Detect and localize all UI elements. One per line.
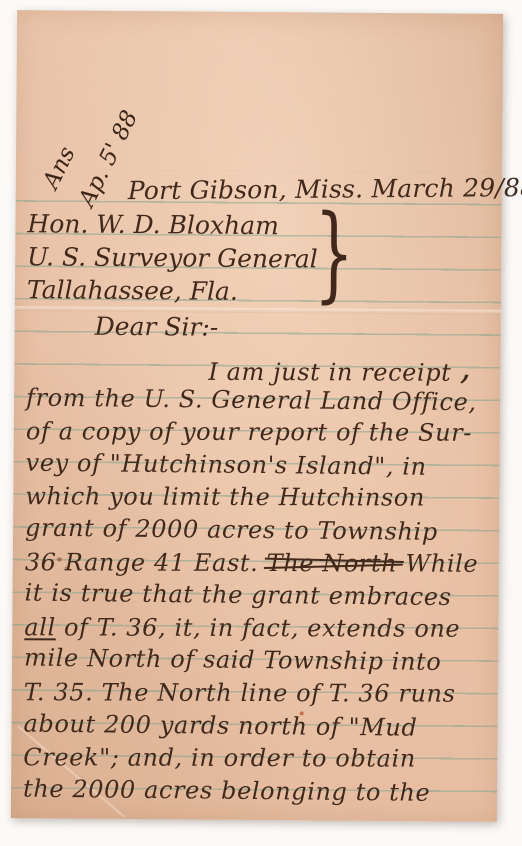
- letter-text-segment: vey of "Hutchinson's Island", in: [25, 448, 426, 480]
- letter-text-segment: of a copy of your report of the Sur-: [26, 417, 472, 447]
- letter-text-segment: The North: [267, 547, 398, 580]
- letter-line: grant of 2000 acres to Township: [25, 512, 497, 550]
- letter-text-segment: the 2000 acres belonging to the: [23, 774, 431, 806]
- letter-text-segment: 36 Range 41 East.: [25, 548, 267, 577]
- address-brace: }: [314, 200, 355, 304]
- letter-line: Creek"; and, in order to obtain: [23, 741, 495, 775]
- letter-page: Ans Ap. 5' 88 Port Gibson, Miss. March 2…: [11, 10, 503, 822]
- letter-line: from the U. S. General Land Office,: [26, 381, 498, 419]
- letter-line: mile North of said Township into: [24, 642, 496, 680]
- letter-text-segment: T. 35. The North line of T. 36 runs: [24, 678, 456, 708]
- letter-line: which you limit the Hutchinson: [25, 481, 497, 515]
- letter-text-segment: all: [24, 613, 56, 641]
- address-line-city: Tallahassee, Fla.: [27, 273, 318, 308]
- letter-text-segment: grant of 2000 acres to Township: [25, 514, 438, 546]
- address-line-title: U. S. Surveyor General: [27, 240, 318, 275]
- letter-text-segment: ,: [460, 350, 472, 386]
- letter-line: 36 Range 41 East. The North While: [25, 546, 497, 580]
- letter-line: vey of "Hutchinson's Island", in: [25, 446, 497, 484]
- letter-body: I am just in receipt ,from the U. S. Gen…: [23, 349, 499, 809]
- letter-line: it is true that the grant embraces: [24, 577, 496, 615]
- letter-line: T. 35. The North line of T. 36 runs: [24, 676, 496, 710]
- letter-text-segment: it is true that the grant embraces: [24, 579, 451, 611]
- letter-line: the 2000 acres belonging to the: [23, 772, 495, 810]
- letter-text-segment: mile North of said Township into: [24, 644, 442, 676]
- letter-text-segment: While: [397, 549, 478, 577]
- letter-text-segment: I am just in receipt: [208, 358, 459, 387]
- letter-line: about 200 yards north of "Mud: [23, 707, 495, 745]
- letter-line: all of T. 36, it, in fact, extends one: [24, 611, 496, 645]
- letter-text-segment: of T. 36, it, in fact, extends one: [56, 613, 461, 642]
- letter-line: I am just in receipt ,: [26, 350, 498, 384]
- letter-text-segment: Creek"; and, in order to obtain: [23, 743, 416, 772]
- address-block: Hon. W. D. Bloxham U. S. Surveyor Genera…: [27, 207, 318, 308]
- letter-line: of a copy of your report of the Sur-: [26, 415, 498, 449]
- letter-text-segment: about 200 yards north of "Mud: [23, 709, 417, 741]
- letter-text-segment: from the U. S. General Land Office,: [26, 383, 477, 416]
- address-line-recipient: Hon. W. D. Bloxham: [27, 207, 318, 242]
- salutation: Dear Sir:-: [95, 312, 219, 342]
- letter-text-segment: which you limit the Hutchinson: [25, 483, 425, 512]
- letter-scan: Ans Ap. 5' 88 Port Gibson, Miss. March 2…: [0, 0, 522, 846]
